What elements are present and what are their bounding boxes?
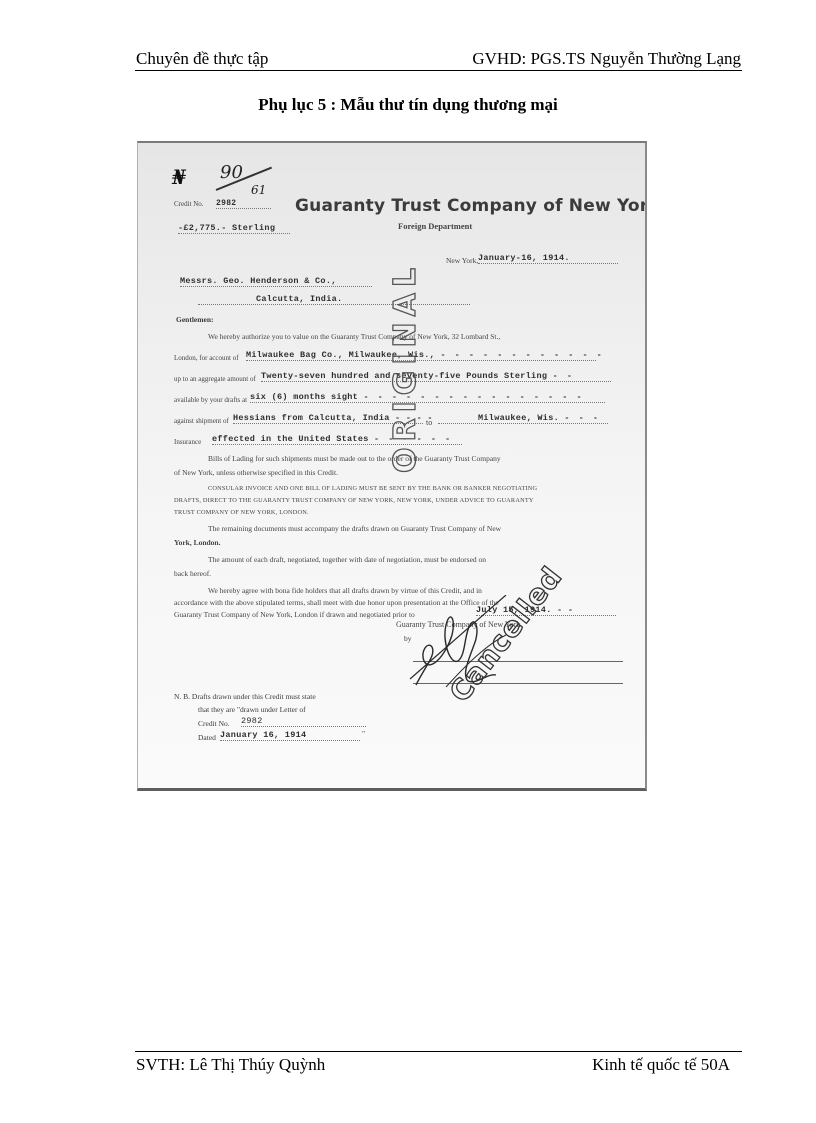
- field-text: six (6) months sight: [250, 392, 358, 402]
- letter-date: January-16, 1914.: [478, 253, 618, 264]
- field-dashes: - - -: [564, 413, 600, 423]
- credit-number: 2982: [216, 199, 271, 209]
- credit-label: Credit No.: [174, 200, 204, 208]
- nb-credit-no: 2982: [241, 716, 366, 727]
- field-label-amount: up to an aggregate amount of: [174, 375, 256, 383]
- nb-close-quote: ": [362, 729, 365, 738]
- field-label-drafts: available by your drafts at: [174, 396, 247, 404]
- field-text: effected in the United States: [212, 434, 369, 444]
- footer-right: Kinh tế quốc tế 50A: [592, 1055, 730, 1075]
- page-footer: SVTH: Lê Thị Thúy Quỳnh Kinh tế quốc tế …: [135, 1051, 742, 1076]
- para-consular-3: TRUST COMPANY OF NEW YORK, LONDON.: [174, 509, 309, 516]
- letter-of-credit-scan: ₦ 90 61 Credit No. 2982 Guaranty Trust C…: [137, 141, 647, 791]
- field-value-insurance: effected in the United States - - - - - …: [212, 434, 462, 445]
- para-consular-2: DRAFTS, DIRECT TO THE GUARANTY TRUST COM…: [174, 497, 534, 504]
- para-bills-2: of New York, unless otherwise specified …: [174, 468, 338, 477]
- addressee-line1: Messrs. Geo. Henderson & Co.,: [180, 276, 372, 287]
- handwritten-number-bottom: 61: [251, 183, 266, 197]
- para-amount-1: The amount of each draft, negotiated, to…: [208, 555, 486, 564]
- credit-amount: -£2,775.- Sterling: [178, 223, 290, 234]
- department: Foreign Department: [398, 221, 472, 231]
- header-right: GVHD: PGS.TS Nguyễn Thường Lạng: [472, 49, 741, 69]
- addressee-line2: Calcutta, India.: [198, 294, 470, 305]
- para-agree-3: Guaranty Trust Company of New York, Lond…: [174, 610, 415, 619]
- page-title: Phụ lục 5 : Mẫu thư tín dụng thương mại: [0, 95, 816, 115]
- field-dashes: - -: [553, 371, 574, 381]
- field-to-label: to: [426, 418, 432, 427]
- nb-line1: N. B. Drafts drawn under this Credit mus…: [174, 692, 316, 701]
- para-amount-2: back hereof.: [174, 569, 211, 578]
- intro-text: We hereby authorize you to value on the …: [208, 332, 500, 341]
- field-value-drafts: six (6) months sight - - - - - - - - - -…: [250, 392, 605, 403]
- nb-line3-label: Credit No.: [198, 719, 230, 728]
- field-value-amount: Twenty-seven hundred and seventy-five Po…: [261, 371, 611, 382]
- header-left: Chuyên đề thực tập: [136, 49, 268, 69]
- handwritten-mark: ₦: [172, 165, 186, 189]
- page-header: Chuyên đề thực tập GVHD: PGS.TS Nguyễn T…: [135, 48, 742, 71]
- field-text: Milwaukee, Wis.: [438, 413, 559, 423]
- field-label-account: London, for account of: [174, 354, 239, 362]
- company-name: Guaranty Trust Company of New York: [295, 196, 647, 216]
- original-stamp: ORIGINAL: [388, 262, 423, 473]
- field-label-shipment: against shipment of: [174, 417, 229, 425]
- salutation: Gentlemen:: [176, 315, 214, 324]
- field-label-insurance: Insurance: [174, 438, 201, 446]
- field-value-destination: Milwaukee, Wis. - - -: [438, 413, 608, 424]
- para-bills-1: Bills of Lading for such shipments must …: [208, 454, 501, 463]
- nb-line4-label: Dated: [198, 733, 216, 742]
- para-remaining-1: The remaining documents must accompany t…: [208, 524, 501, 533]
- field-dashes: - - - - - - - - - - - -: [440, 350, 603, 360]
- footer-left: SVTH: Lê Thị Thúy Quỳnh: [136, 1055, 325, 1075]
- nb-dated: January 16, 1914: [220, 730, 360, 741]
- nb-line2: that they are "drawn under Letter of: [198, 705, 306, 714]
- place-label: New York,: [446, 256, 478, 265]
- para-remaining-2: York, London.: [174, 538, 220, 547]
- para-agree-1: We hereby agree with bona fide holders t…: [208, 586, 482, 595]
- para-consular-1: CONSULAR INVOICE AND ONE BILL OF LADING …: [208, 485, 537, 492]
